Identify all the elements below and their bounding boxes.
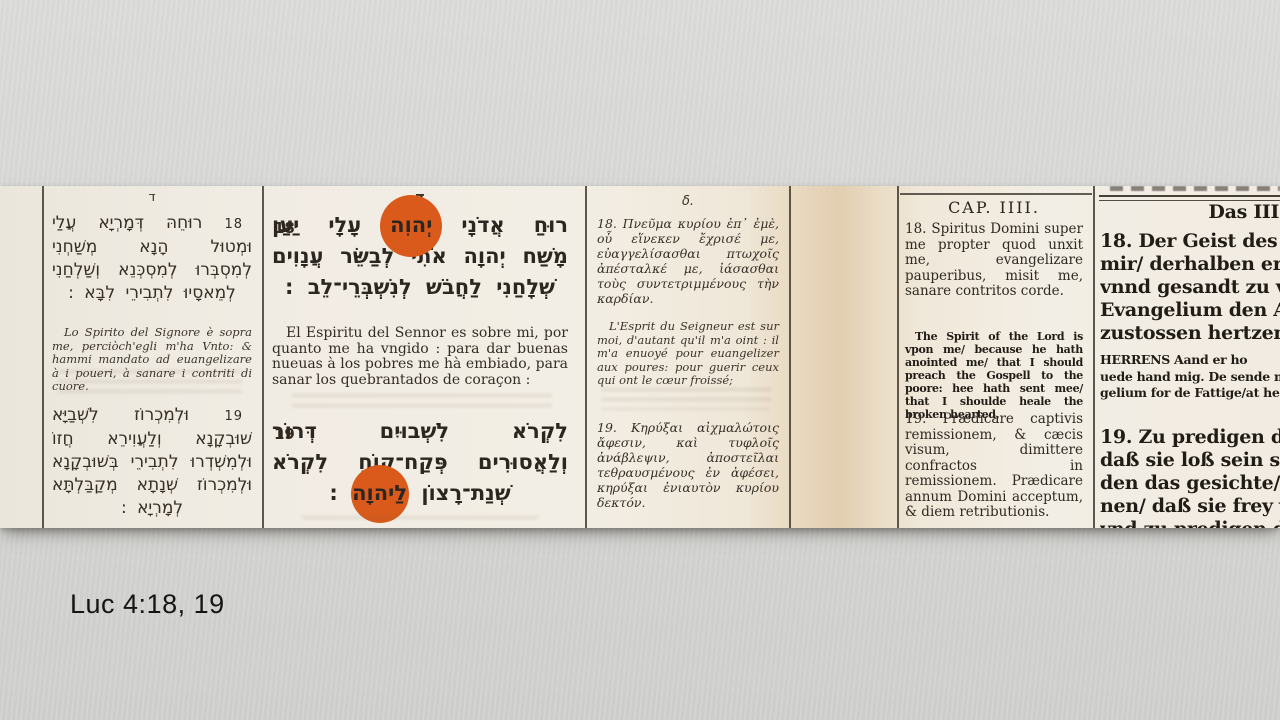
column-rule [789, 186, 791, 528]
bleed-through-text [292, 394, 552, 414]
section-letter: ד [52, 190, 252, 205]
greek-verse-18: 18. Πνεῦμα κυρίου ἐπ᾽ ἐμὲ, οὗ εἵνεκεν ἔχ… [597, 216, 779, 306]
column-rule [585, 186, 587, 528]
danish-translation: HERRENS Aand er ho uede hand mig. De sen… [1100, 352, 1280, 402]
hebrew-column: ד 18 רוּחַ אֲדֹנָי יְהוִה עָלָי יַעַן מָ… [272, 186, 568, 528]
column-rule [262, 186, 264, 528]
slide-background: ד 18 רוּחֵהּ דְּמָרְיָא עֲלַי וּמְטוּל ה… [0, 0, 1280, 720]
verse-number: 18 [274, 213, 295, 244]
hebrew-verse-19: 19 לִקְרֹא לִשְׁבוּיִם דְּרוֹר וְלַאֲסוּ… [272, 416, 568, 509]
targum-verse-18-text: רוּחֵהּ דְּמָרְיָא עֲלַי וּמְטוּל הָנָא … [52, 213, 252, 303]
hebrew-verse-18: 18 רוּחַ אֲדֹנָי יְהוִה עָלָי יַעַן מָשַ… [272, 210, 568, 303]
german-verse-19: 19. Zu predigen den daß sie loß sein sol… [1100, 426, 1280, 528]
hebrew-text: רוּחַ אֲדֹנָי [461, 213, 568, 237]
french-translation: L'Esprit du Seigneur est sur moi, d'auta… [597, 320, 779, 388]
verse-number: 19 [274, 419, 295, 450]
targum-verse-19: 19 וּלְמִכְרוֹז לִשְׁבַיָּא שׁוּבְקָנָא … [52, 404, 252, 520]
targum-verse-18: 18 רוּחֵהּ דְּמָרְיָא עֲלַי וּמְטוּל הָנ… [52, 212, 252, 305]
verse-number: 18 [224, 217, 243, 232]
latin-column: CAP. IIII. 18. Spiritus Domini super me … [905, 186, 1083, 528]
english-translation: The Spirit of the Lord is vpon me/ becau… [905, 330, 1083, 421]
column-rule [42, 186, 44, 528]
chapter-heading: CAP. IIII. [905, 198, 1083, 217]
targum-column: ד 18 רוּחֵהּ דְּמָרְיָא עֲלַי וּמְטוּל ה… [52, 186, 252, 528]
column-rule [1093, 186, 1095, 528]
verse-number: 19 [224, 409, 243, 424]
german-verse-18: 18. Der Geist des H mir/ derhalben er mi… [1100, 230, 1280, 345]
tetragrammaton-highlighted: יְהוִה [390, 210, 432, 241]
bleed-through-text [601, 388, 771, 410]
greek-verse-19: 19. Κηρύξαι αἰχμαλώτοις ἄφεσιν, καὶ τυφλ… [597, 420, 779, 510]
bleed-through-text [302, 516, 538, 526]
scripture-caption: Luc 4:18, 19 [70, 589, 225, 620]
bleed-through-text [58, 370, 242, 396]
section-letter: δ. [597, 194, 779, 209]
spanish-translation: El Espiritu del Sennor es sobre mi, por … [272, 326, 568, 388]
latin-verse-19: 19. Prædicare captivis remissionem, & cæ… [905, 412, 1083, 521]
hebrew-text: לִקְרֹא לִשְׁבוּיִם דְּרוֹר וְלַאֲסוּרִי… [272, 419, 568, 505]
greek-column: δ. 18. Πνεῦμα κυρίου ἐπ᾽ ἐμὲ, οὗ εἵνεκεν… [597, 186, 779, 528]
german-column: Das IIII. 18. Der Geist des H mir/ derha… [1100, 186, 1280, 528]
targum-verse-19-text: וּלְמִכְרוֹז לִשְׁבַיָּא שׁוּבְקָנָא וְל… [52, 405, 252, 518]
sof-pasuq: : [329, 481, 337, 505]
polyglot-book-photo: ד 18 רוּחֵהּ דְּמָרְיָא עֲלַי וּמְטוּל ה… [0, 186, 1280, 528]
latin-verse-18: 18. Spiritus Domini super me propter quo… [905, 222, 1083, 300]
chapter-heading: Das IIII. [1100, 201, 1280, 223]
tetragrammaton-highlighted: לַיהוָה [352, 478, 407, 509]
column-rule [897, 186, 899, 528]
